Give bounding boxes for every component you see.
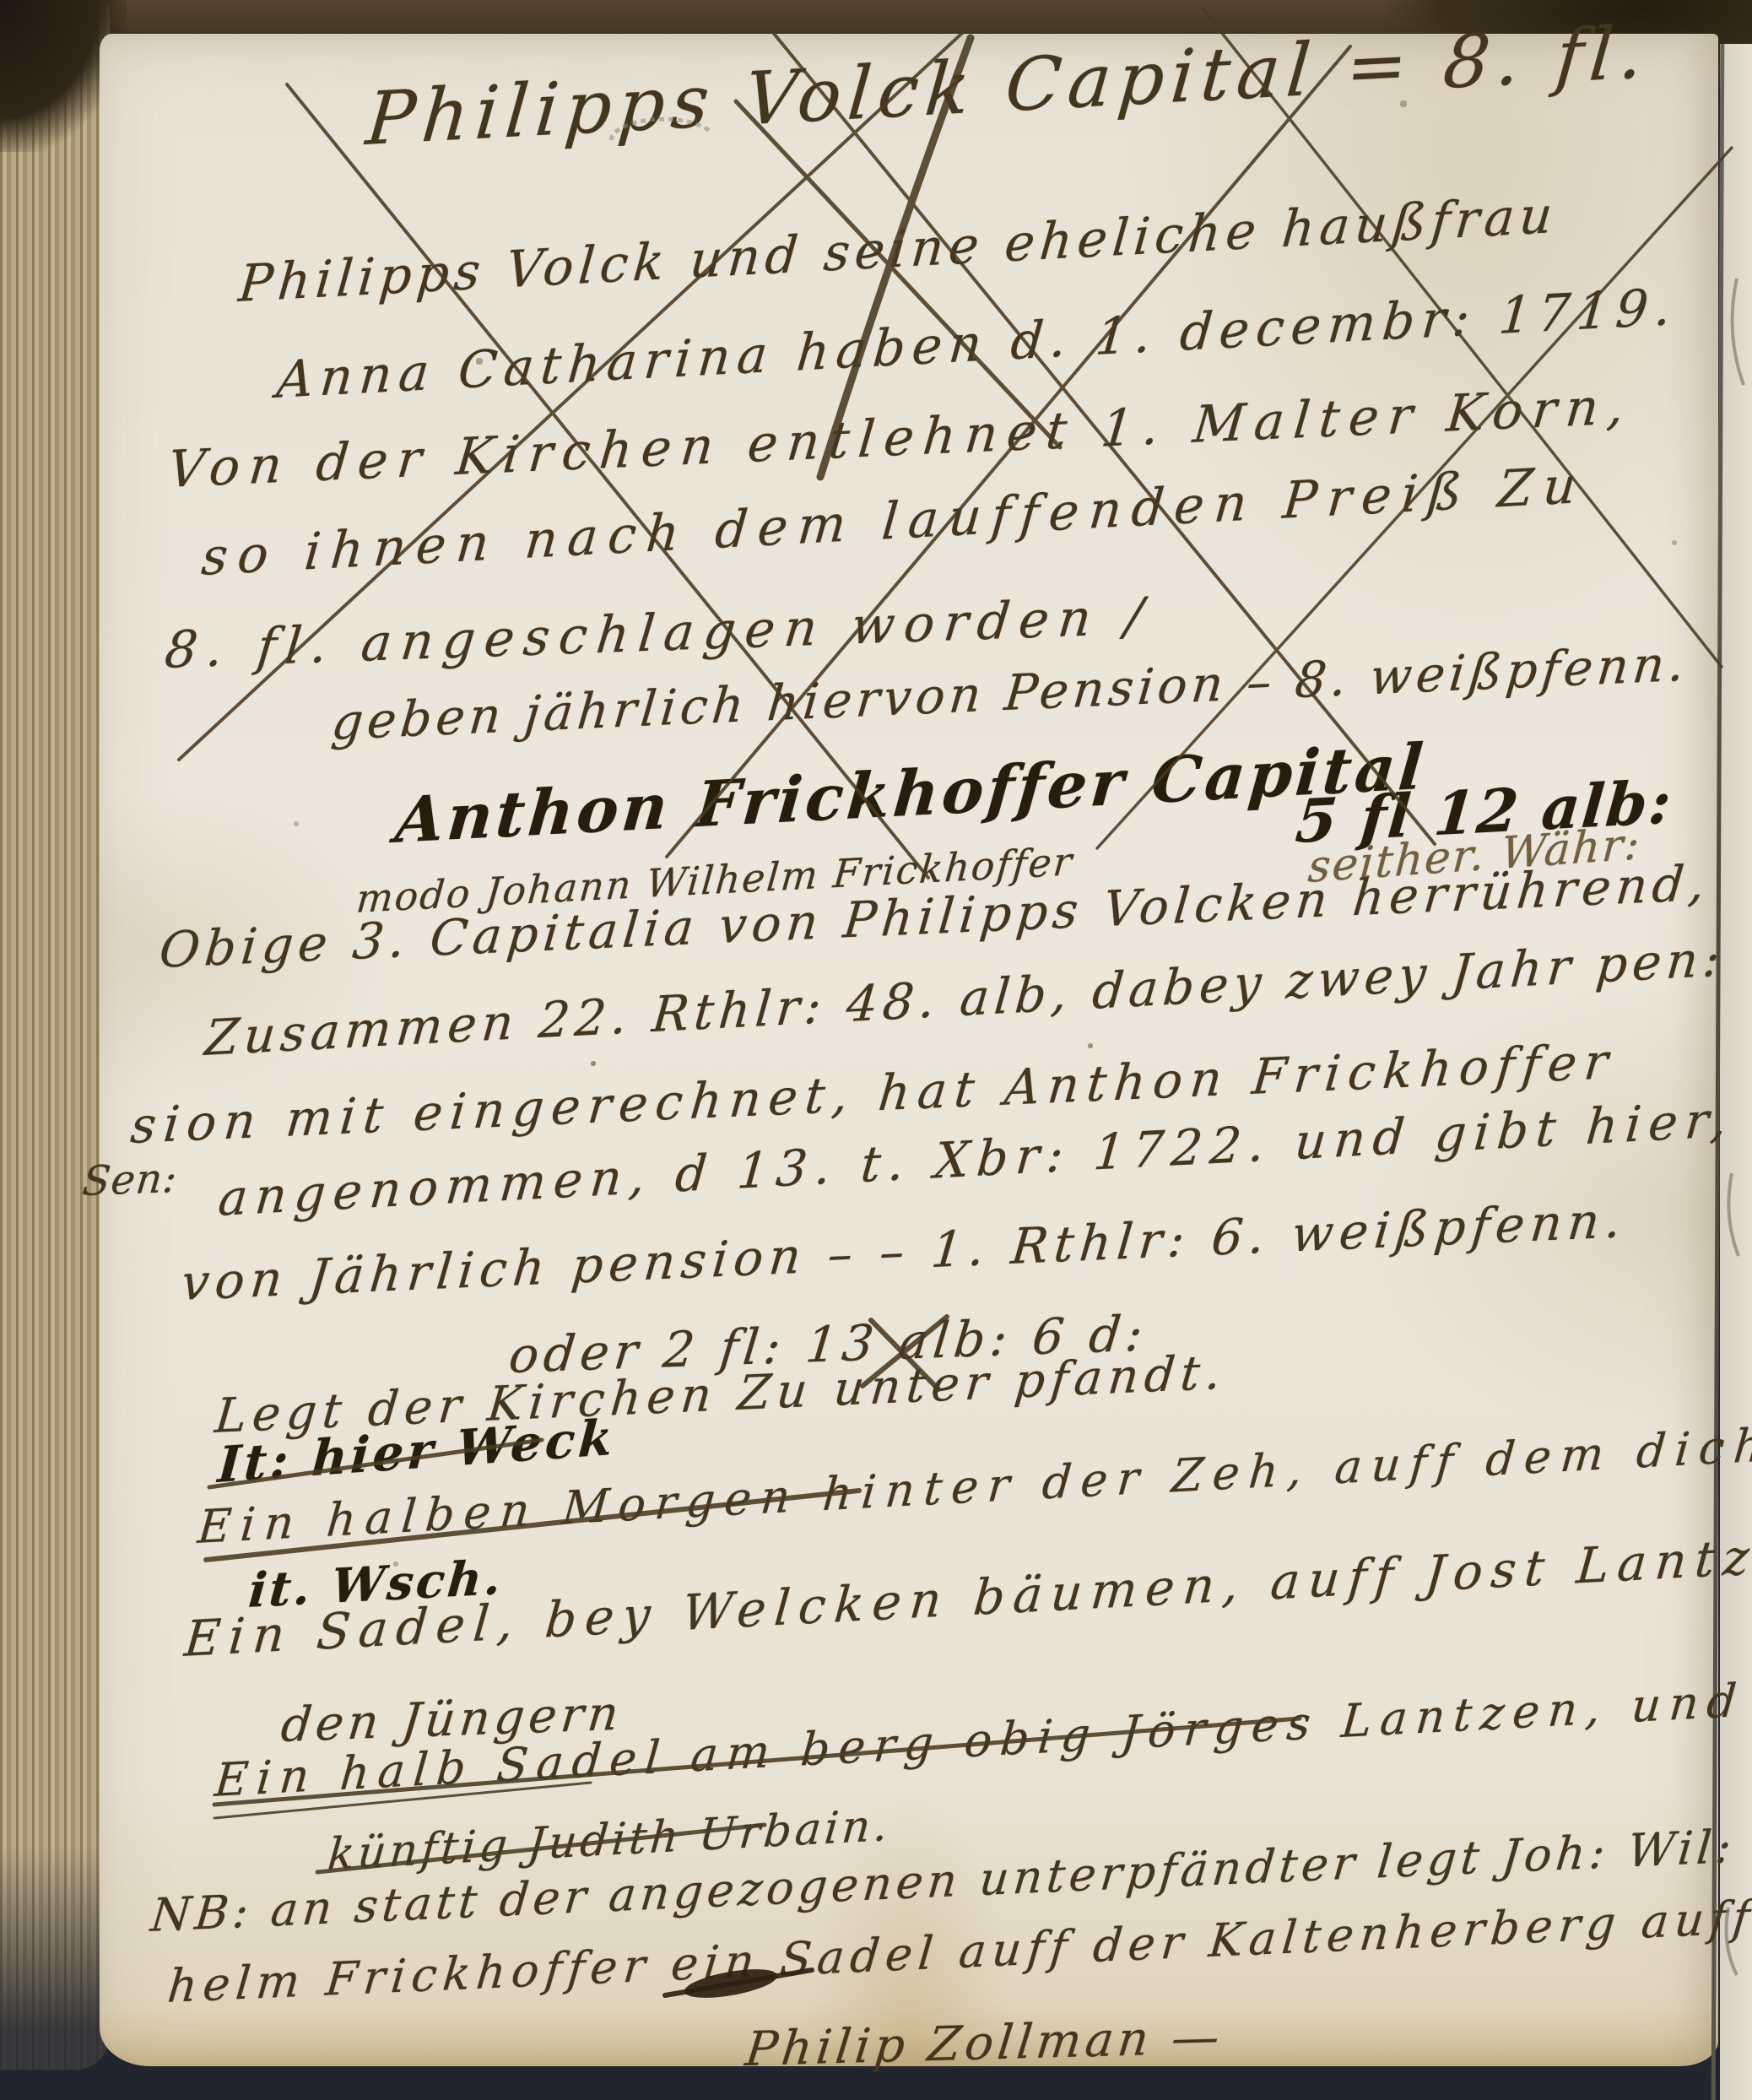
- page-edge-stack: [0, 5, 110, 2070]
- manuscript-photo: Philipps Volck Capital = 8. fl. Philipps…: [0, 0, 1752, 2100]
- facing-page-sliver: [1720, 44, 1752, 2100]
- foxing-specks: [0, 0, 2, 2]
- margin-note: Sen:: [80, 1155, 180, 1205]
